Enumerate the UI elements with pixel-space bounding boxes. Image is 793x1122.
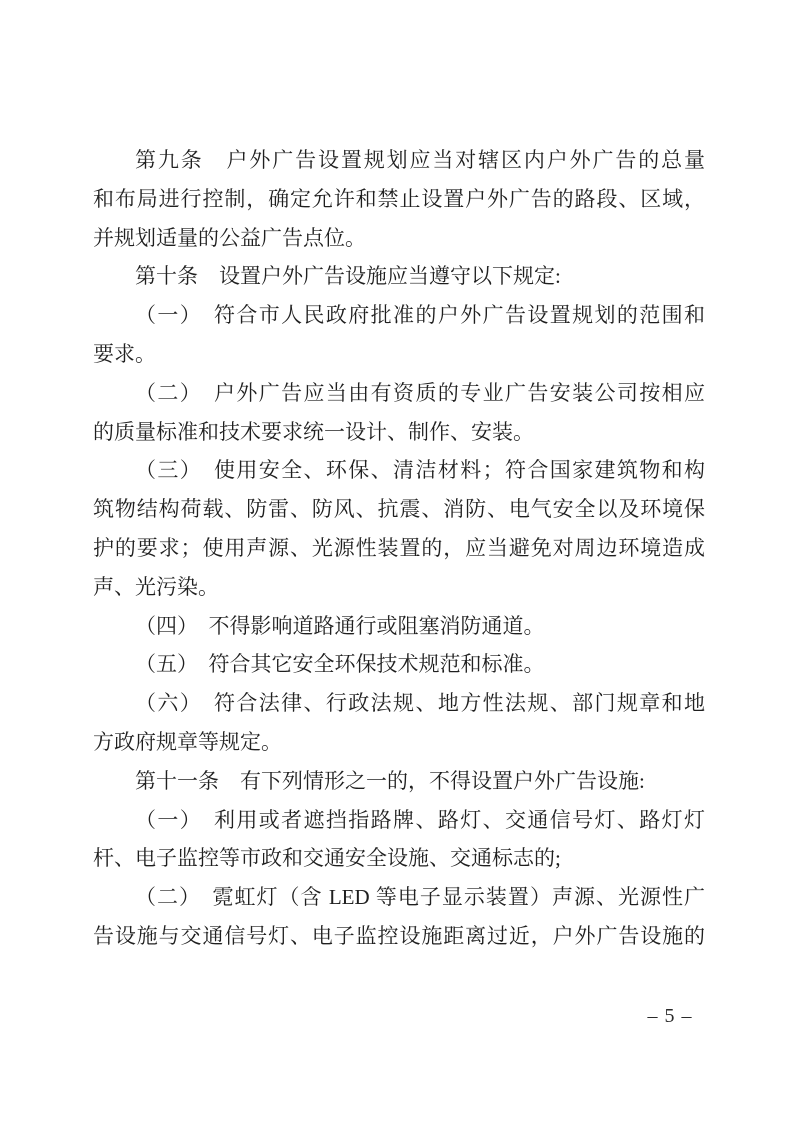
text-line: （二） 户外广告应当由有资质的专业广告安装公司按相应 xyxy=(93,374,705,413)
text-line: 杆、电子监控等市政和交通安全设施、交通标志的; xyxy=(93,839,705,878)
text-line: 和布局进行控制，确定允许和禁止设置户外广告的路段、区域， xyxy=(93,180,705,219)
text-line: 第九条 户外广告设置规划应当对辖区内户外广告的总量 xyxy=(93,141,705,180)
text-line: （一） 利用或者遮挡指路牌、路灯、交通信号灯、路灯灯 xyxy=(93,801,705,840)
text-line: 护的要求；使用声源、光源性装置的，应当避免对周边环境造成 xyxy=(93,529,705,568)
text-line: 声、光污染。 xyxy=(93,568,705,607)
document-body: 第九条 户外广告设置规划应当对辖区内户外广告的总量和布局进行控制，确定允许和禁止… xyxy=(93,141,705,956)
text-line: （六） 符合法律、行政法规、地方性法规、部门规章和地 xyxy=(93,684,705,723)
text-line: 方政府规章等规定。 xyxy=(93,723,705,762)
text-line: 告设施与交通信号灯、电子监控设施距离过近，户外广告设施的 xyxy=(93,917,705,956)
page-number: – 5 – xyxy=(640,1001,700,1031)
text-line: （四） 不得影响道路通行或阻塞消防通道。 xyxy=(93,607,705,646)
document-page: 第九条 户外广告设置规划应当对辖区内户外广告的总量和布局进行控制，确定允许和禁止… xyxy=(0,0,793,1122)
text-line: （二） 霓虹灯（含 LED 等电子显示装置）声源、光源性广 xyxy=(93,878,705,917)
text-line: 并规划适量的公益广告点位。 xyxy=(93,219,705,258)
text-line: 第十条 设置户外广告设施应当遵守以下规定: xyxy=(93,257,705,296)
text-line: 筑物结构荷载、防雷、防风、抗震、消防、电气安全以及环境保 xyxy=(93,490,705,529)
text-line: （一） 符合市人民政府批准的户外广告设置规划的范围和 xyxy=(93,296,705,335)
text-line: （三） 使用安全、环保、清洁材料；符合国家建筑物和构 xyxy=(93,451,705,490)
text-line: 要求。 xyxy=(93,335,705,374)
text-line: 第十一条 有下列情形之一的，不得设置户外广告设施: xyxy=(93,762,705,801)
text-line: 的质量标准和技术要求统一设计、制作、安装。 xyxy=(93,413,705,452)
text-line: （五） 符合其它安全环保技术规范和标准。 xyxy=(93,645,705,684)
